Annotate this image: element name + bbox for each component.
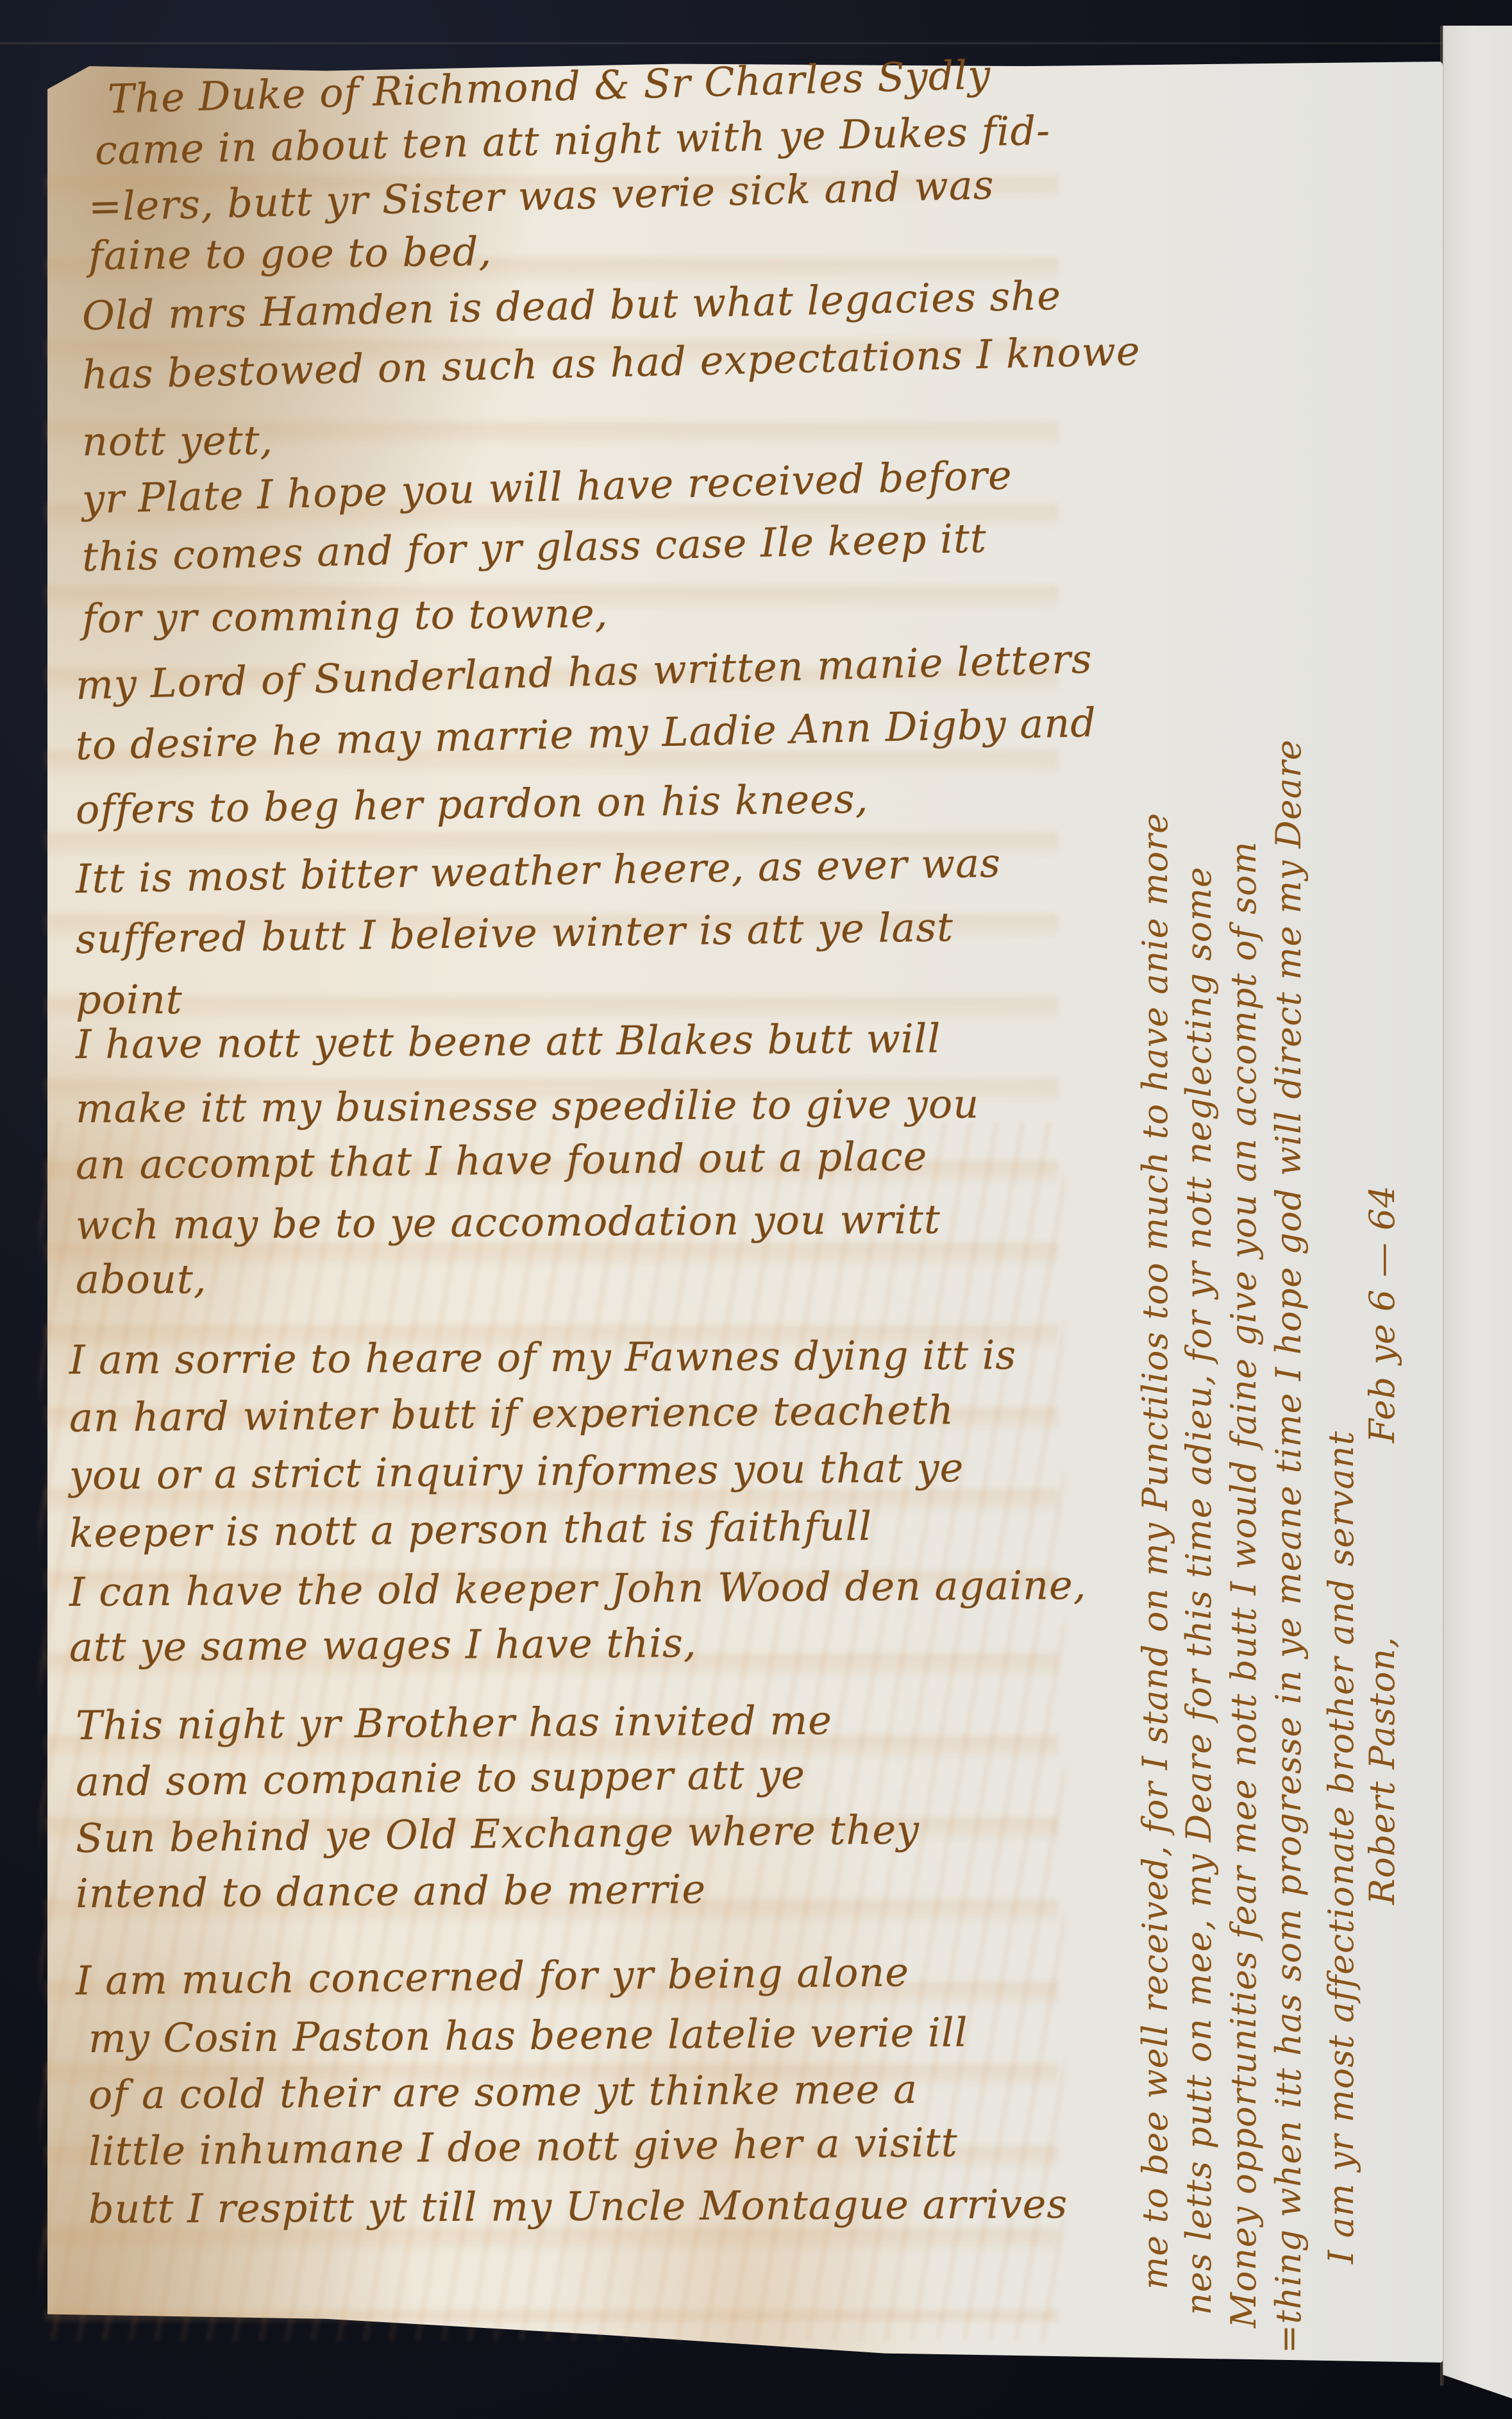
margin-line: me to bee well received, for I stand on … <box>1135 813 1175 2289</box>
margin-line: Robert Paston, <box>1362 1637 1402 1905</box>
letter-line: make itt my businesse speedilie to give … <box>76 1081 980 1132</box>
letter-line: I can have the old keeper John Wood den … <box>69 1562 1087 1615</box>
letter-line: and som companie to supper att ye <box>76 1751 806 1805</box>
letter-line: att ye same wages I have this, <box>69 1619 697 1671</box>
letter-line: I am sorrie to heare of my Fawnes dying … <box>69 1331 1017 1383</box>
letter-line: faine to goe to bed, <box>88 228 492 279</box>
margin-line: Money opportunities fear mee nott butt I… <box>1223 841 1264 2328</box>
letter-line: keeper is nott a person that is faithful… <box>69 1503 873 1556</box>
letter-line: my Cosin Paston has beene latelie verie … <box>88 2009 968 2062</box>
letter-line: an accompt that I have found out a place <box>76 1133 928 1188</box>
letter-line: for yr comming to towne, <box>82 589 609 642</box>
letter-line: nott yett, <box>82 417 274 465</box>
letter-line: you or a strict inquiry informes you tha… <box>69 1444 964 1499</box>
background-edge-line <box>0 42 1512 44</box>
letter-line: I have nott yett beene att Blakes butt w… <box>76 1015 941 1068</box>
letter-line: wch may be to ye accomodation you writt <box>76 1196 941 1249</box>
letter-line: Sun behind ye Old Exchange where they <box>76 1806 920 1862</box>
margin-line: nes letts putt on mee, my Deare for this… <box>1179 866 1219 2315</box>
margin-line: =thing when itt has som progresse in ye … <box>1268 739 1309 2354</box>
letter-line: little inhumane I doe nott give her a vi… <box>88 2119 958 2175</box>
date-line: Feb ye 6 — 64 <box>1362 1185 1402 1443</box>
letter-line: of a cold their are some yt thinke mee a <box>88 2066 918 2118</box>
marginal-postscript: me to bee well received, for I stand on … <box>1129 83 1462 2366</box>
letter-line: about, <box>76 1256 207 1302</box>
letter-line: butt I respitt yt till my Uncle Montague… <box>88 2180 1068 2232</box>
letter-line: I am much concerned for yr being alone <box>76 1948 910 2004</box>
letter-line: point <box>76 976 183 1023</box>
letter-line: This night yr Brother has invited me <box>76 1697 832 1749</box>
letter-line: intend to dance and be merrie <box>76 1866 707 1917</box>
margin-line: I am yr most affectionate brother and se… <box>1321 1431 1361 2264</box>
letter-line: an hard winter butt if experience teache… <box>69 1386 955 1441</box>
